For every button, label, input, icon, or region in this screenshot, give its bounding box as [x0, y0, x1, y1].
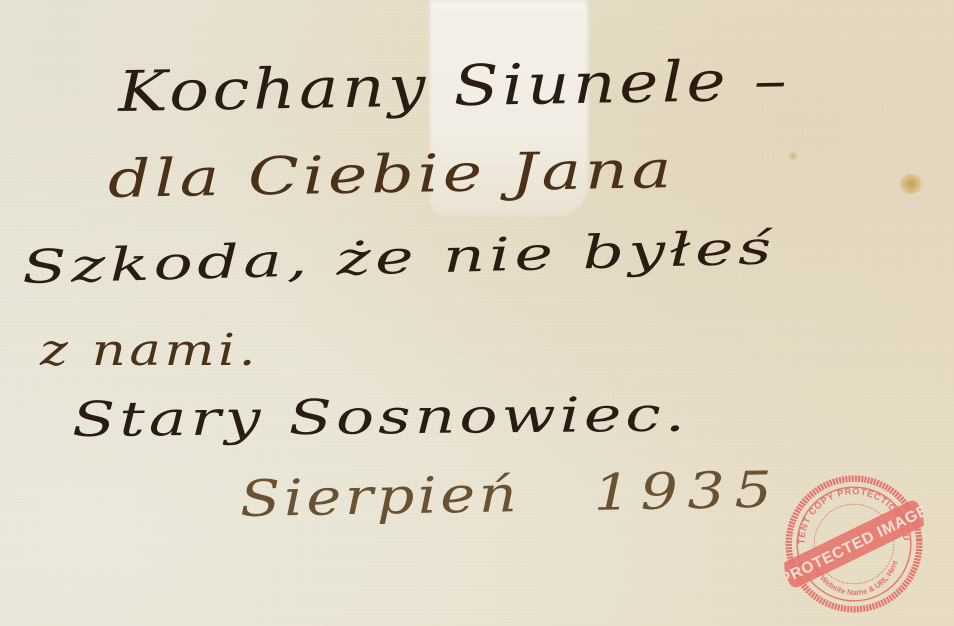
ink-stain	[788, 152, 798, 160]
month-text: Sierpień	[239, 465, 520, 528]
watermark-banner-text: PROTECTED IMAGE	[778, 502, 930, 588]
ink-stain	[898, 174, 924, 194]
handwritten-line-greeting: Kochany Siunele –	[117, 48, 790, 125]
handwritten-line-with-us: z nami.	[40, 325, 259, 376]
handwritten-line-date: Sierpień1935	[239, 461, 781, 528]
protected-image-watermark-stamp: CONTENT COPY PROTECTION PLUGIN My Websit…	[778, 468, 930, 620]
handwritten-line-signature: Stary Sosnowiec.	[72, 387, 689, 448]
year-text: 1935	[593, 461, 782, 522]
handwritten-line-dedication: dla Ciebie Jana	[107, 140, 675, 210]
watermark-seal-icon: CONTENT COPY PROTECTION PLUGIN My Websit…	[778, 468, 930, 620]
